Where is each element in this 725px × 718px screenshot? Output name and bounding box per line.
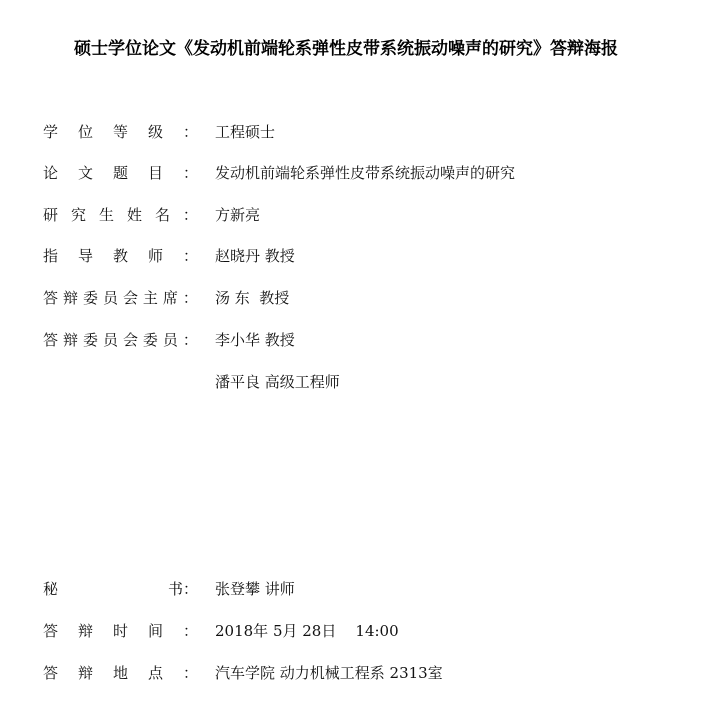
label-char: 答 xyxy=(43,662,58,684)
label-char: 究 xyxy=(71,204,86,226)
label-char: ： xyxy=(183,287,198,309)
field-label: 答 辩 委 员 会 主 席 ： xyxy=(43,287,198,309)
label-char: 名 xyxy=(155,204,170,226)
label-char: ： xyxy=(183,620,198,642)
field-value: 方新亮 xyxy=(215,204,260,226)
label-char: 席 xyxy=(163,287,178,309)
label-char: 生 xyxy=(99,204,114,226)
label-char: 书： xyxy=(168,578,198,600)
field-value: 赵晓丹 教授 xyxy=(215,245,295,267)
label-char: 指 xyxy=(43,245,58,267)
field-label: 答 辩 时 间 ： xyxy=(43,620,198,642)
field-label: 指 导 教 师 ： xyxy=(43,245,198,267)
label-char: 级 xyxy=(148,121,163,143)
label-char: 文 xyxy=(78,162,93,184)
label-char: 辩 xyxy=(63,329,78,351)
label-char: 目 xyxy=(148,162,163,184)
label-char: 委 xyxy=(83,287,98,309)
field-value: 工程硕士 xyxy=(215,121,275,143)
label-char: ： xyxy=(183,162,198,184)
label-char: 间 xyxy=(148,620,163,642)
label-char: 会 xyxy=(123,287,138,309)
label-char: 学 xyxy=(43,121,58,143)
label-char: 答 xyxy=(43,329,58,351)
label-char: 师 xyxy=(148,245,163,267)
label-char: 时 xyxy=(113,620,128,642)
label-char: 答 xyxy=(43,287,58,309)
label-char: 员 xyxy=(163,329,178,351)
field-value: 潘平良 高级工程师 xyxy=(215,371,340,393)
label-char: 点 xyxy=(148,662,163,684)
field-value: 李小华 教授 xyxy=(215,329,295,351)
label-char: 会 xyxy=(123,329,138,351)
field-label: 答 辩 委 员 会 委 员 ： xyxy=(43,329,198,351)
label-char: 导 xyxy=(78,245,93,267)
label-char: ： xyxy=(183,204,198,226)
field-value: 张登攀 讲师 xyxy=(215,578,295,600)
field-label: 研 究 生 姓 名 ： xyxy=(43,204,198,226)
label-char: ： xyxy=(183,662,198,684)
label-char: 辩 xyxy=(63,287,78,309)
label-char: 委 xyxy=(143,329,158,351)
label-char: 秘 xyxy=(43,578,58,600)
label-char: 委 xyxy=(83,329,98,351)
label-char: 主 xyxy=(143,287,158,309)
field-label: 秘 书： xyxy=(43,578,198,600)
field-value: 2018年 5月 28日 14:00 xyxy=(215,620,399,642)
field-value: 发动机前端轮系弹性皮带系统振动噪声的研究 xyxy=(215,162,515,184)
label-char: 位 xyxy=(78,121,93,143)
label-char: 辩 xyxy=(78,662,93,684)
label-char: 员 xyxy=(103,329,118,351)
label-char: ： xyxy=(183,329,198,351)
field-label: 学 位 等 级 ： xyxy=(43,121,198,143)
label-char: 等 xyxy=(113,121,128,143)
label-char: ： xyxy=(183,121,198,143)
field-label: 论 文 题 目 ： xyxy=(43,162,198,184)
label-char: 教 xyxy=(113,245,128,267)
label-char: 姓 xyxy=(127,204,142,226)
label-char: 员 xyxy=(103,287,118,309)
label-char: 研 xyxy=(43,204,58,226)
label-char: 答 xyxy=(43,620,58,642)
field-value: 汤 东 教授 xyxy=(215,287,289,309)
label-char: 题 xyxy=(113,162,128,184)
field-value: 汽车学院 动力机械工程系 2313室 xyxy=(215,662,443,684)
label-char: ： xyxy=(183,245,198,267)
label-char: 辩 xyxy=(78,620,93,642)
field-label: 答 辩 地 点 ： xyxy=(43,662,198,684)
label-char: 论 xyxy=(43,162,58,184)
label-char: 地 xyxy=(113,662,128,684)
poster-title: 硕士学位论文《发动机前端轮系弹性皮带系统振动噪声的研究》答辩海报 xyxy=(74,38,714,60)
